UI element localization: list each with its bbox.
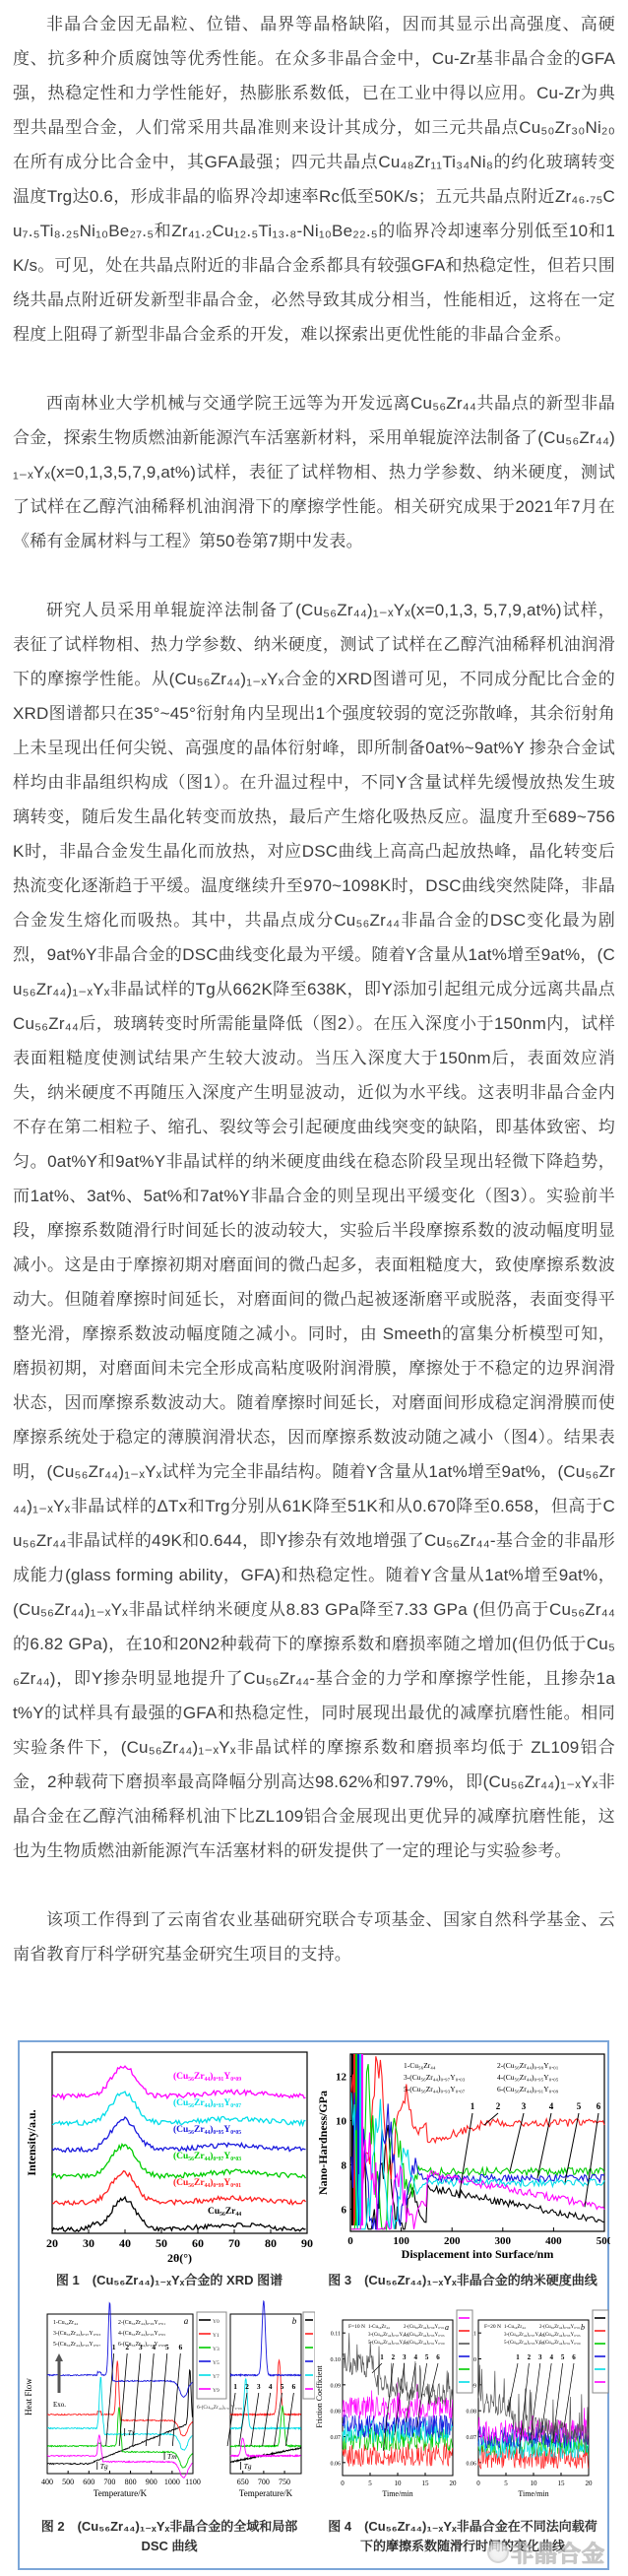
figure1-cell: 20304050607080902θ(°)Intensity/a.u.Cu₅₆Z… xyxy=(24,2048,315,2298)
chart-text: 4 xyxy=(549,2353,553,2361)
chart-text: F=10 N xyxy=(348,2324,365,2330)
chart-text: Y9 xyxy=(213,2388,220,2394)
chart-text: 40 xyxy=(119,2236,131,2250)
watermark-logo-icon xyxy=(487,2542,509,2563)
chart-series-line xyxy=(47,2361,192,2436)
chart-text: 3 xyxy=(403,2353,407,2361)
chart-text: 4-(Cu₅₆Zr₄₄)₀.₉₅Y₀.₀₅ xyxy=(539,2333,581,2338)
chart-series-line xyxy=(230,2301,301,2376)
chart-text: 2-(Cu₅₆Zr₄₄)₀.₉₉Y₀.₀₁ xyxy=(118,2319,165,2326)
chart-text: Tm xyxy=(167,2452,177,2461)
chart-text: 3-(Cu₅₆Zr₄₄)₀.₉₇Y₀.₀₃ xyxy=(404,2073,466,2082)
chart-text: 6 xyxy=(178,2343,182,2351)
chart-text: (Cu₅₆Zr₄₄)₀.₉₇Y₀.₀₃ xyxy=(173,2151,241,2161)
chart-text: 6 xyxy=(292,2382,296,2391)
chart-text: a xyxy=(445,2323,449,2332)
chart-text: Heat Flow xyxy=(24,2378,33,2415)
figure2-dsc-chart: 40050060070080090010001100Temperature/Ka… xyxy=(24,2298,315,2513)
chart-series-line xyxy=(47,2303,192,2398)
chart-text: 200 xyxy=(444,2235,461,2247)
figure-panel-box: 20304050607080902θ(°)Intensity/a.u.Cu₅₆Z… xyxy=(18,2040,609,2570)
chart-text: 1 xyxy=(471,2101,475,2111)
chart-text: Temperature/K xyxy=(94,2488,148,2498)
chart-text: 4 xyxy=(269,2382,273,2391)
chart-text: Time/min xyxy=(518,2489,548,2498)
chart-text: 80 xyxy=(265,2236,277,2250)
chart-text: 5 xyxy=(165,2343,169,2351)
chart-text: F=20 N xyxy=(484,2324,501,2330)
chart-text: 400 xyxy=(41,2478,53,2486)
chart-text: 6-(Cu₅₆Zr₄₄)₀.₉₁Y₀.₀₉ xyxy=(118,2341,165,2348)
chart-text: 5 xyxy=(504,2479,508,2487)
chart-text: 500 xyxy=(597,2235,610,2247)
chart-text: 0 xyxy=(347,2235,353,2247)
chart-text: 70 xyxy=(228,2236,240,2250)
chart-text: 750 xyxy=(279,2478,290,2486)
figure3-caption: 图 3 (Cu₅₆Zr₄₄)₁₋ₓYₓ非晶合金的纳米硬度曲线 xyxy=(328,2271,597,2290)
chart-text: Y1 xyxy=(213,2333,220,2339)
chart-text: 1-Cu₅₆Zr₄₄ xyxy=(404,2061,436,2070)
chart-text: Tg xyxy=(244,2462,252,2471)
chart-text: 10 xyxy=(531,2479,538,2487)
chart-text: (Cu₅₆Zr₄₄)₀.₉₁Y₀.₀₉ xyxy=(173,2071,241,2082)
paragraph-funding: 该项工作得到了云南省农业基础研究联合专项基金、国家自然科学基金、云南省教育厅科学… xyxy=(13,1902,615,1971)
chart-text: 4 xyxy=(549,2101,554,2111)
chart-text: 6 xyxy=(342,2205,347,2217)
chart-text: 6 xyxy=(597,2101,601,2111)
chart-text: 5 xyxy=(425,2353,429,2361)
article-page: { "page": { "background": "#ffffff", "te… xyxy=(0,0,628,2576)
chart-text: Displacement into Surface/nm xyxy=(402,2247,554,2261)
chart-text: 0.06 xyxy=(331,2461,342,2467)
chart-text: 0.07 xyxy=(331,2435,342,2441)
chart-text: 400 xyxy=(545,2235,562,2247)
chart-series-line xyxy=(351,2072,604,2229)
chart-text: 1 xyxy=(233,2382,237,2391)
figure4-cell: 051015200.060.070.080.090.100.11Time/min… xyxy=(315,2298,610,2564)
chart-text: (Cu₅₆Zr₄₄)₀.₉₅Y₀.₀₅ xyxy=(173,2124,241,2135)
chart-text: 650 xyxy=(237,2478,249,2486)
chart-text: 0.10 xyxy=(331,2357,342,2363)
chart-text: 1100 xyxy=(185,2478,201,2486)
chart-series-line xyxy=(52,2092,306,2125)
chart-text: 500 xyxy=(62,2478,74,2486)
chart-text: 5-(Cu₅₆Zr₄₄)₀.₉₃Y₀.₀₇ xyxy=(404,2085,466,2093)
chart-text: 10 xyxy=(336,2116,347,2128)
chart-text: Cu₅₆Zr₄₄ xyxy=(208,2207,241,2217)
chart-text: 6-(Cu₅₆Zr₄₄)₀.₉₁Y₀.₀₉ xyxy=(404,2341,445,2346)
figure4-friction-chart: 051015200.060.070.080.090.100.11Time/min… xyxy=(315,2298,610,2513)
chart-text: 300 xyxy=(495,2235,512,2247)
chart-text: 60 xyxy=(192,2236,204,2250)
chart-text: 3 xyxy=(257,2382,261,2391)
chart-text: 8 xyxy=(342,2160,347,2172)
chart-text: 2-(Cu₅₆Zr₄₄)₀.₉₉Y₀.₀₁ xyxy=(539,2325,581,2330)
chart-text: 0.07 xyxy=(467,2435,477,2441)
article-body: 非晶合金因无晶粒、位错、晶界等晶格缺陷，因而其显示出高强度、高硬度、抗多种介质腐… xyxy=(0,0,628,1971)
chart-text: Intensity/a.u. xyxy=(26,2109,38,2175)
figure1-caption: 图 1 (Cu₅₆Zr₄₄)₁₋ₓYₓ合金的 XRD 图谱 xyxy=(56,2271,283,2290)
chart-text: 1 xyxy=(380,2353,384,2361)
chart-text: Y7 xyxy=(213,2374,220,2380)
chart-text: Tg xyxy=(100,2462,108,2471)
paragraph-results: 研究人员采用单辊旋淬法制备了(Cu₅₆Zr₄₄)₁₋ₓYₓ(x=0,1,3, 5… xyxy=(13,593,615,1868)
chart-text: 4-(Cu₅₆Zr₄₄)₀.₉₅Y₀.₀₅ xyxy=(497,2073,559,2082)
watermark: 非晶合金 xyxy=(487,2536,605,2568)
chart-text: 30 xyxy=(83,2236,94,2250)
chart-text: 0.08 xyxy=(467,2410,477,2415)
chart-text: 3 xyxy=(538,2353,542,2361)
chart-text: 2 xyxy=(245,2382,249,2391)
figure2-cell: 40050060070080090010001100Temperature/Ka… xyxy=(24,2298,315,2564)
chart-text: 10 xyxy=(395,2479,403,2487)
chart-text: 5 xyxy=(368,2479,372,2487)
paragraph-research-team: 西南林业大学机械与交通学院王远等为开发远离Cu₅₆Zr₄₄共晶点的新型非晶合金，… xyxy=(13,386,615,558)
chart-text: b xyxy=(292,2316,297,2326)
figure1-xrd-chart: 20304050607080902θ(°)Intensity/a.u.Cu₅₆Z… xyxy=(26,2048,313,2267)
chart-text: 15 xyxy=(422,2479,430,2487)
chart-text: (Cu₅₆Zr₄₄)₀.₉₃Y₀.₀₇ xyxy=(173,2097,241,2108)
chart-text: 0.09 xyxy=(331,2383,342,2389)
chart-text: 1-Cu₅₆Zr₄₄ xyxy=(53,2320,78,2326)
chart-text: 700 xyxy=(258,2478,270,2486)
chart-series-line xyxy=(343,2443,453,2466)
chart-text: 4-(Cu₅₆Zr₄₄)₀.₉₅Y₀.₀₅ xyxy=(118,2330,165,2337)
chart-text: 2θ(°) xyxy=(167,2251,192,2265)
chart-text: 1-Cu₅₆Zr₄₄ xyxy=(504,2325,526,2330)
chart-text: 20 xyxy=(450,2479,458,2487)
chart-text: 50 xyxy=(156,2236,167,2250)
chart-text: Exo. xyxy=(53,2401,66,2409)
chart-text: 6-(Cu₅₆Zr₄₄)₀.₉₁Y₀.₀₉ xyxy=(197,2404,242,2411)
chart-text: Friction Coefficient xyxy=(315,2365,324,2428)
figure2-caption: 图 2 (Cu₅₆Zr₄₄)₁₋ₓYₓ非晶合金的全域和局部 DSC 曲线 xyxy=(30,2517,310,2556)
chart-text: a xyxy=(184,2316,189,2326)
chart-text: 90 xyxy=(301,2236,313,2250)
watermark-label: 非晶合金 xyxy=(511,2536,605,2568)
chart-text: 5 xyxy=(281,2382,284,2391)
chart-text: 5 xyxy=(561,2353,565,2361)
chart-text: Time/min xyxy=(382,2489,412,2498)
chart-text: 4-(Cu₅₆Zr₄₄)₀.₉₅Y₀.₀₅ xyxy=(404,2333,445,2338)
chart-text: 3 xyxy=(522,2101,527,2111)
chart-text: 600 xyxy=(83,2478,94,2486)
chart-text: 5-(Cu₅₆Zr₄₄)₀.₉₃Y₀.₀₇ xyxy=(53,2341,100,2348)
chart-text: Y3 xyxy=(213,2347,220,2352)
chart-text: 2-(Cu₅₆Zr₄₄)₀.₉₉Y₀.₀₁ xyxy=(497,2061,559,2070)
chart-text: 20 xyxy=(46,2236,58,2250)
chart-text: 12 xyxy=(336,2072,347,2084)
chart-text: 0 xyxy=(476,2479,480,2487)
chart-text: 3-(Cu₅₆Zr₄₄)₀.₉₇Y₀.₀₃ xyxy=(53,2330,100,2337)
chart-text: 1 xyxy=(516,2353,520,2361)
chart-text: Nano-Hardness/GPa xyxy=(316,2091,330,2195)
chart-text: Tx xyxy=(128,2428,136,2437)
chart-text: 0.08 xyxy=(331,2410,342,2415)
chart-text: 6 xyxy=(572,2353,576,2361)
chart-text: 2 xyxy=(392,2353,396,2361)
chart-text: 15 xyxy=(558,2479,566,2487)
chart-text: 900 xyxy=(146,2478,157,2486)
chart-text: 6 xyxy=(436,2353,440,2361)
chart-text: (Cu₅₆Zr₄₄)₀.₉₉Y₀.₀₁ xyxy=(173,2177,241,2188)
chart-text: 20 xyxy=(586,2479,594,2487)
chart-text: 0.11 xyxy=(331,2332,341,2338)
chart-text: 6-(Cu₅₆Zr₄₄)₀.₉₁Y₀.₀₉ xyxy=(497,2085,559,2093)
figure3-cell: 0100200300400500681012Displacement into … xyxy=(315,2048,610,2298)
chart-text: 1 xyxy=(112,2343,116,2351)
chart-text: b xyxy=(581,2323,585,2332)
chart-text: 5 xyxy=(577,2101,582,2111)
chart-text: 1-Cu₅₆Zr₄₄ xyxy=(368,2325,390,2330)
figure3-nanohardness-chart: 0100200300400500681012Displacement into … xyxy=(315,2048,610,2267)
chart-text: 2-(Cu₅₆Zr₄₄)₀.₉₉Y₀.₀₁ xyxy=(404,2325,445,2330)
chart-text: 0 xyxy=(341,2479,345,2487)
chart-text: 800 xyxy=(125,2478,137,2486)
chart-text: 2 xyxy=(528,2353,532,2361)
paragraph-intro: 非晶合金因无晶粒、位错、晶界等晶格缺陷，因而其显示出高强度、高硬度、抗多种介质腐… xyxy=(13,7,615,352)
chart-text: Y5 xyxy=(213,2360,220,2366)
chart-text: 6-(Cu₅₆Zr₄₄)₀.₉₁Y₀.₀₉ xyxy=(539,2341,581,2346)
chart-text: 1000 xyxy=(164,2478,180,2486)
chart-text: Y0 xyxy=(213,2319,220,2325)
chart-text: 0.06 xyxy=(467,2461,477,2467)
chart-text: 4 xyxy=(413,2353,417,2361)
chart-text: 100 xyxy=(393,2235,409,2247)
chart-text: 2 xyxy=(496,2101,501,2111)
chart-text: Temperature/K xyxy=(239,2488,293,2498)
chart-text: 700 xyxy=(103,2478,115,2486)
